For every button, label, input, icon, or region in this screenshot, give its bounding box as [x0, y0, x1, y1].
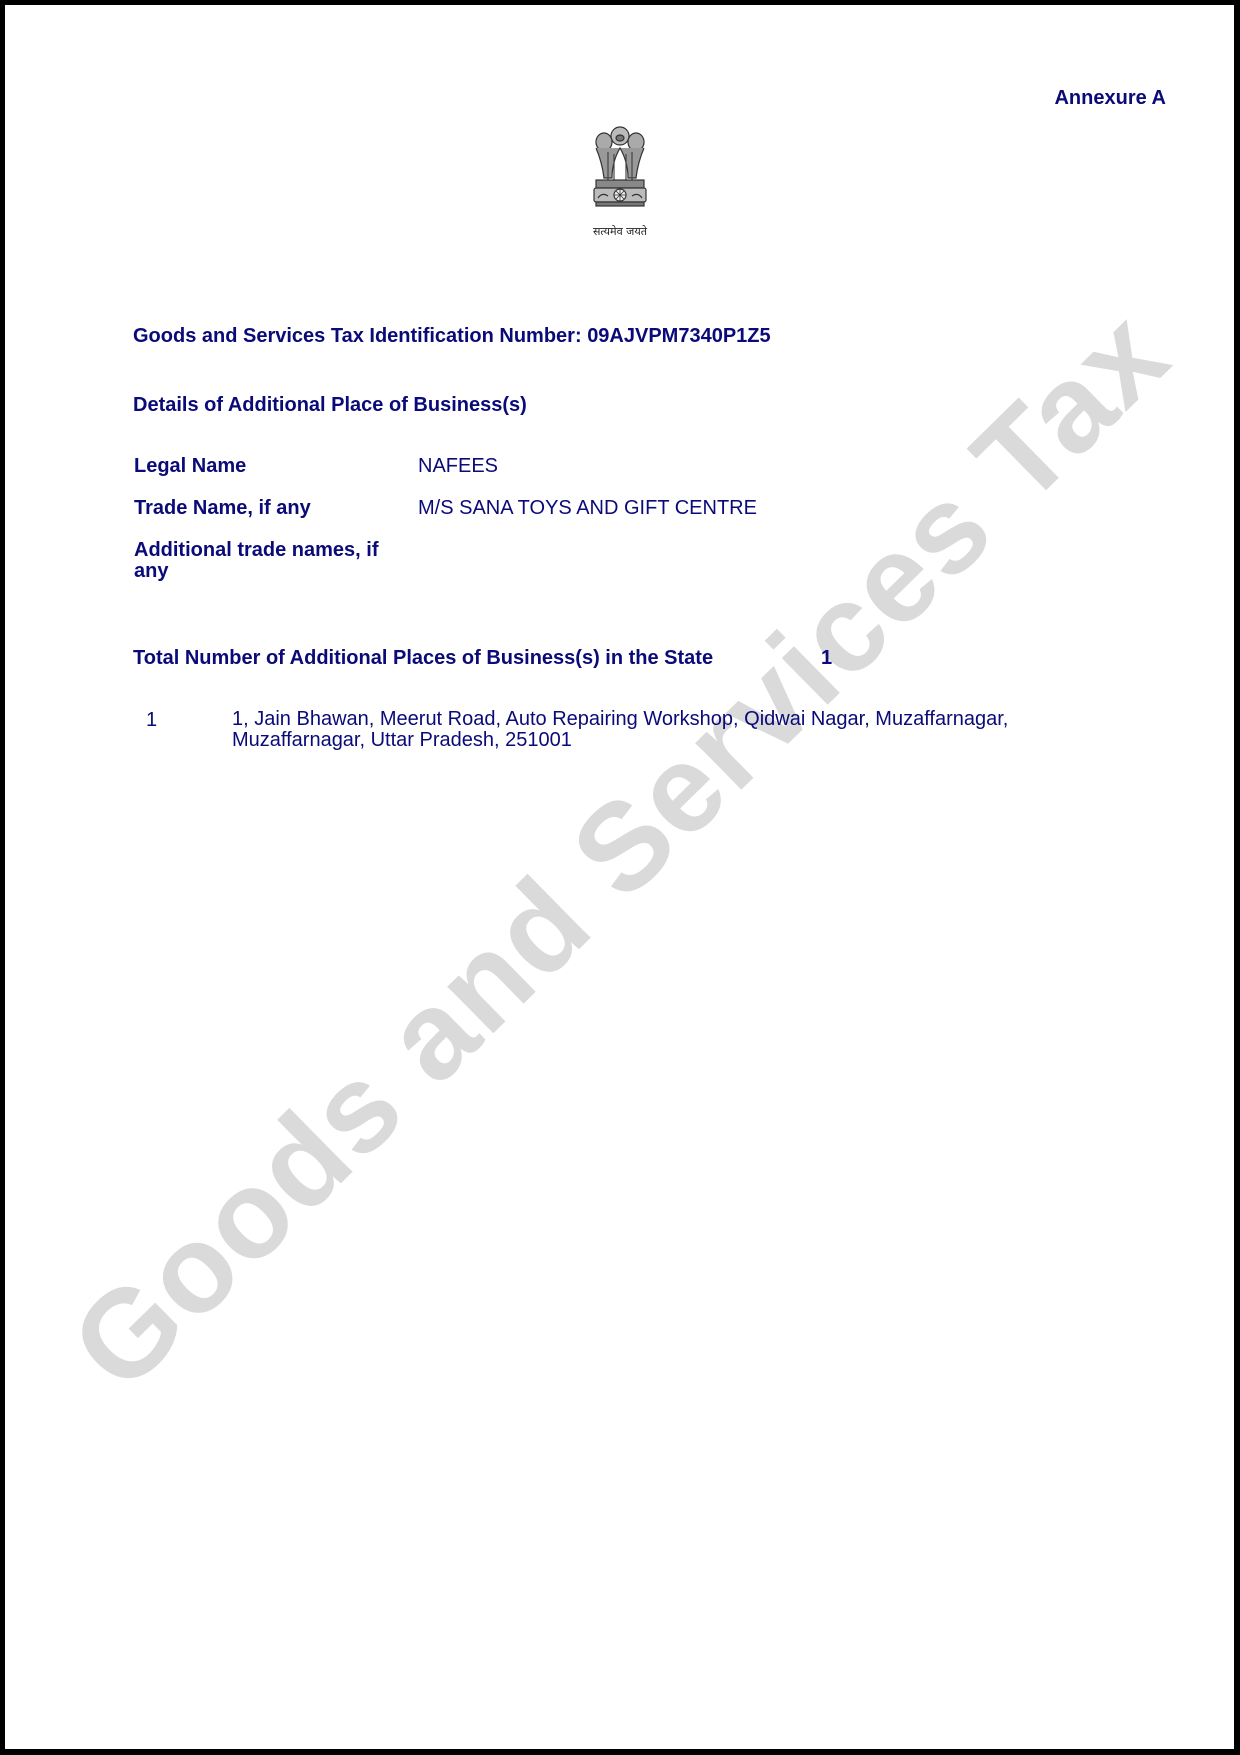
gstin-value: 09AJVPM7340P1Z5: [587, 325, 770, 347]
emblem-motto: सत्यमेव जयते: [570, 224, 670, 239]
additional-trade-names-label: Additional trade names, if any: [134, 540, 404, 582]
legal-name-label: Legal Name: [134, 456, 404, 477]
annexure-label: Annexure A: [1054, 87, 1166, 110]
legal-name-value: NAFEES: [418, 456, 498, 477]
trade-name-label: Trade Name, if any: [134, 498, 404, 519]
section-title: Details of Additional Place of Business(…: [133, 394, 527, 417]
national-emblem-icon: [582, 122, 658, 240]
gstin-line: Goods and Services Tax Identification Nu…: [133, 325, 771, 348]
place-index: 1: [146, 709, 157, 732]
total-places-label: Total Number of Additional Places of Bus…: [133, 647, 713, 670]
gstin-label: Goods and Services Tax Identification Nu…: [133, 325, 582, 347]
total-places-value: 1: [821, 647, 832, 670]
certificate-annexure: Annexure A: [0, 0, 1240, 1755]
place-address: 1, Jain Bhawan, Meerut Road, Auto Repair…: [232, 709, 1112, 751]
trade-name-value: M/S SANA TOYS AND GIFT CENTRE: [418, 498, 757, 519]
